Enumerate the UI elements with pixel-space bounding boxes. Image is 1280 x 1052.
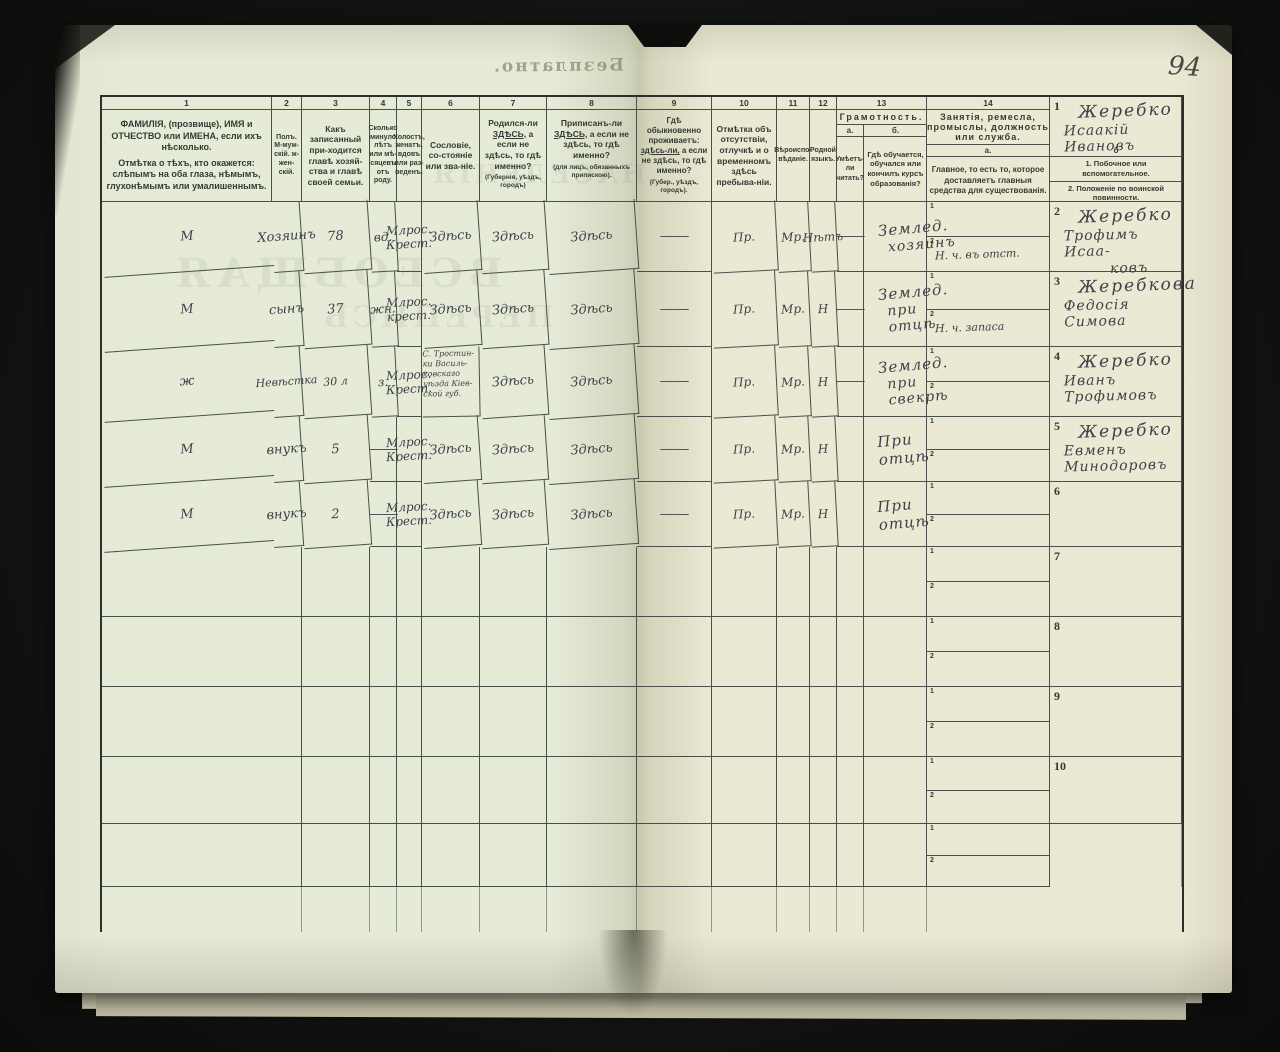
r4-occupation-1: При отцѣ <box>877 429 928 469</box>
r2-occupation-2: при отцѣ <box>887 300 928 335</box>
sub-2: 2 <box>930 516 934 523</box>
r7-cell <box>370 617 397 687</box>
header-col2: 2 Полъ. М-муж-скій. ж-жен-скій. <box>272 97 302 202</box>
r8-side-occupation: 1 2 <box>927 687 1050 757</box>
col5-number: 5 <box>397 97 421 110</box>
col8-key: ЗДѢСЬ, <box>554 129 587 139</box>
col13a-letter: а. <box>837 125 863 137</box>
census-table: 1 ФАМИЛІЯ, (прозвище), ИМЯ и ОТЧЕСТВО ил… <box>100 95 1184 932</box>
col11-number: 11 <box>777 97 809 110</box>
col4-number: 4 <box>370 97 396 110</box>
sub-1: 1 <box>930 273 934 280</box>
tail-cell <box>927 887 1050 932</box>
r1-residence: Здѣсь <box>545 199 640 275</box>
col10-label: Отмѣтка объ отсутствіи, отлучкѣ и о врем… <box>712 110 776 201</box>
r1-name: 1 Жеребко Исаакій Ивановъ <box>1050 97 1182 202</box>
col13a: а. Умѣетъ-ли читать? <box>837 125 864 201</box>
r10-cell <box>810 824 837 887</box>
col6-label: Сословіе, со-стояніе или зва-ніе. <box>422 110 479 201</box>
r8-cell <box>864 687 927 757</box>
r3-given: Федосія Симова <box>1064 296 1180 331</box>
r2-sex: М <box>100 266 275 353</box>
tail-cell <box>102 887 272 932</box>
r6-cell <box>864 547 927 617</box>
r1-education-mark: — <box>834 229 865 244</box>
r5-side-occupation: 1 2 <box>927 482 1050 547</box>
col14a: а. Главное, то есть то, которое доставля… <box>927 145 1050 205</box>
r10-cell <box>397 824 422 887</box>
header-col1: 1 ФАМИЛІЯ, (прозвище), ИМЯ и ОТЧЕСТВО ил… <box>102 97 272 202</box>
r10-name: 10 <box>1050 757 1182 824</box>
r5-residence: Здѣсь <box>545 479 639 550</box>
r4-birthplace: Здѣсь <box>420 415 482 484</box>
r3-name: 3 Жеребкова Федосія Симова <box>1050 272 1182 347</box>
r3-number: 3 <box>1054 274 1060 289</box>
r6-cell <box>370 547 397 617</box>
tail-cell <box>547 887 637 932</box>
header-col12: 12 Родной языкъ. <box>810 97 837 202</box>
tail-cell <box>272 887 302 932</box>
sub-2: 2 <box>930 238 934 245</box>
r1-birthplace: Здѣсь <box>420 200 483 274</box>
r6-cell <box>637 547 712 617</box>
sub-2: 2 <box>930 451 934 458</box>
r7-cell <box>102 617 272 687</box>
r1-given: Исаакій Ивановъ <box>1064 121 1180 156</box>
center-fold-shadow <box>598 930 668 1018</box>
sub-2: 2 <box>930 653 934 660</box>
col12-label: Родной языкъ. <box>810 110 836 201</box>
r3-birthplace: С. Тростин- ки Василь- ковскаго уѣзда Кі… <box>421 346 480 417</box>
r5-religion: Пр. <box>710 480 778 548</box>
col4-label: Сколько минуло лѣтъ или мѣ-сяцевъ отъ ро… <box>370 110 396 201</box>
r9-cell <box>810 757 837 824</box>
col9-pre: Гдѣ обыкновенно проживаетъ: <box>647 116 701 145</box>
r4-side-occupation: 1 2 <box>927 417 1050 482</box>
tail-cell <box>637 887 712 932</box>
header-col8: 8 Приписанъ-ли ЗДѢСЬ, а если не здѣсь, т… <box>547 97 637 202</box>
col7-pre: Родился-ли <box>488 118 538 128</box>
r1-education: — <box>837 202 864 272</box>
r1-side-2: Н. ч. въ отст. <box>935 246 1020 262</box>
col6-number: 6 <box>422 97 479 110</box>
r1-number: 1 <box>1054 99 1060 114</box>
r8-cell <box>397 687 422 757</box>
r10-cell <box>864 824 927 887</box>
sub-1: 1 <box>930 758 934 765</box>
r6-cell <box>397 547 422 617</box>
tail-cell <box>837 887 864 932</box>
sub-1: 1 <box>930 618 934 625</box>
header-col6: 6 Сословіе, со-стояніе или зва-ніе. <box>422 97 480 202</box>
col9-number: 9 <box>637 97 711 110</box>
r6-cell <box>272 547 302 617</box>
r5-surname: Жеребко <box>1078 419 1180 443</box>
r10-cell <box>422 824 480 887</box>
r8-cell <box>422 687 480 757</box>
r8-cell <box>480 687 547 757</box>
r2-education: — <box>837 272 864 347</box>
header-col14: 14 Занятія, ремесла, промыслы, должность… <box>927 97 1050 202</box>
r4-name: 4 Жеребко Иванъ Трофимовъ <box>1050 347 1182 417</box>
col8-label: Приписанъ-ли ЗДѢСЬ, а если не здѣсь, то … <box>547 110 636 201</box>
col1-label-line1: ФАМИЛІЯ, (прозвище), ИМЯ и ОТЧЕСТВО или … <box>105 119 268 153</box>
r4-sex: М <box>100 411 274 488</box>
col8-pre: Приписанъ-ли <box>561 118 622 128</box>
r3-absence: — <box>637 347 712 417</box>
handwritten-page-number: 94 <box>1167 51 1202 83</box>
r9-cell <box>272 757 302 824</box>
r9-cell <box>480 757 547 824</box>
r2-birthplace: Здѣсь <box>419 270 482 349</box>
tail-cell <box>1050 824 1182 887</box>
r3-side-occupation: 1 2 <box>927 347 1050 417</box>
tail-cell <box>864 887 927 932</box>
r9-cell <box>370 757 397 824</box>
col1-label-line2: Отмѣтка о тѣхъ, кто окажется: слѣпымъ на… <box>105 158 268 192</box>
r7-side-occupation: 1 2 <box>927 617 1050 687</box>
r1-surname: Жеребко <box>1078 99 1180 123</box>
r2-language: Мр. <box>775 271 812 348</box>
r4-given: Иванъ Трофимовъ <box>1064 371 1180 406</box>
r5-number: 5 <box>1054 419 1060 434</box>
col13-subcolumns: а. Умѣетъ-ли читать? б. Гдѣ обучается, о… <box>837 125 926 201</box>
r1-religion: Пр. <box>710 200 779 273</box>
r10-cell <box>480 824 547 887</box>
r4-residence: Здѣсь <box>545 414 639 485</box>
r3-surname: Жеребкова <box>1078 274 1180 298</box>
col3-number: 3 <box>302 97 369 110</box>
r7-cell <box>712 617 777 687</box>
r8-cell <box>637 687 712 757</box>
col7-key: ЗДѢСЬ, <box>493 129 526 139</box>
r9-side-occupation: 1 2 <box>927 757 1050 824</box>
r2-name: 2 Жеребко Трофимъ Исаа- ковъ <box>1050 202 1182 272</box>
r6-name: 6 <box>1050 482 1182 547</box>
tail-cell <box>422 887 480 932</box>
r2-surname: Жеребко <box>1078 204 1180 228</box>
r2-absence-mark: — <box>658 302 689 317</box>
col8-number: 8 <box>547 97 636 110</box>
r8-cell <box>370 687 397 757</box>
r6-number: 6 <box>1054 484 1060 499</box>
sub-1: 1 <box>930 203 934 210</box>
r7-cell <box>637 617 712 687</box>
r7-name: 7 <box>1050 547 1182 617</box>
r5-given: Евменъ Минодоровъ <box>1064 441 1180 476</box>
col9-label: Гдѣ обыкновенно проживаетъ: здѣсь-ли, а … <box>637 110 711 201</box>
r9-number: 9 <box>1054 689 1060 704</box>
sub-1: 1 <box>930 548 934 555</box>
r2-number: 2 <box>1054 204 1060 219</box>
r4-surname: Жеребко <box>1078 349 1180 373</box>
r7-cell <box>302 617 370 687</box>
col7-number: 7 <box>480 97 546 110</box>
r6-cell <box>810 547 837 617</box>
sub-2: 2 <box>930 383 934 390</box>
r5-absence: — <box>637 482 712 547</box>
r1-registered: Здѣсь <box>478 200 550 275</box>
r10-cell <box>547 824 637 887</box>
col11-label: Вѣроиспо-вѣданіе. <box>777 110 809 201</box>
r7-cell <box>480 617 547 687</box>
r7-cell <box>777 617 810 687</box>
r5-language: Мр. <box>775 481 811 548</box>
sub-1: 1 <box>930 418 934 425</box>
header-col11: 11 Вѣроиспо-вѣданіе. <box>777 97 810 202</box>
r10-cell <box>637 824 712 887</box>
r3-education-mark: — <box>834 374 865 389</box>
r10-cell <box>272 824 302 887</box>
r8-cell <box>102 687 272 757</box>
sub-2: 2 <box>930 311 934 318</box>
r6-side-occupation: 1 2 <box>927 547 1050 617</box>
r4-age: 5 <box>300 415 372 485</box>
header-col13: 13 Грамотность. а. Умѣетъ-ли читать? б. … <box>837 97 927 202</box>
r8-cell <box>712 687 777 757</box>
r9-cell <box>422 757 480 824</box>
r1-estate: Млрос. Крест. <box>397 202 422 272</box>
r1-absence: — <box>637 202 712 272</box>
r8-number: 8 <box>1054 619 1060 634</box>
r2-education-mark: — <box>834 302 865 317</box>
tail-cell <box>370 887 397 932</box>
col14-number: 14 <box>927 97 1049 110</box>
r4-estate: Млрос. Крест. <box>397 417 422 482</box>
r9-cell <box>397 757 422 824</box>
r9-cell <box>102 757 272 824</box>
r6-cell <box>547 547 637 617</box>
col3-label: Какъ записанный при-ходится главѣ хозяй-… <box>302 110 369 201</box>
r2-side-2: Н. ч. запаса <box>935 320 1005 335</box>
col1-label: ФАМИЛІЯ, (прозвище), ИМЯ и ОТЧЕСТВО или … <box>102 110 271 201</box>
r4-number: 4 <box>1054 349 1060 364</box>
r8-cell <box>272 687 302 757</box>
r1-sex: М <box>100 196 274 278</box>
col14a-letter: а. <box>927 145 1049 157</box>
r2-side-occupation: 1 2Н. ч. запаса <box>927 272 1050 347</box>
r1-side-occupation: 1 2Н. ч. въ отст. <box>927 202 1050 272</box>
sub-2: 2 <box>930 583 934 590</box>
r5-absence-mark: — <box>658 507 689 522</box>
r3-registered: Здѣсь <box>478 345 550 420</box>
r9-cell <box>837 757 864 824</box>
r2-registered: Здѣсь <box>477 270 549 349</box>
header-col9: 9 Гдѣ обыкновенно проживаетъ: здѣсь-ли, … <box>637 97 712 202</box>
tail-cell <box>810 887 837 932</box>
r8-cell <box>302 687 370 757</box>
r4-education <box>837 417 864 482</box>
r4-absence-mark: — <box>658 442 689 457</box>
r3-education: — <box>837 347 864 417</box>
r9-cell <box>777 757 810 824</box>
r6-cell <box>102 547 272 617</box>
r7-cell <box>547 617 637 687</box>
r3-absence-mark: — <box>658 374 689 389</box>
r7-cell <box>422 617 480 687</box>
col8-note: (для лицъ, обязанныхъ припискою). <box>550 164 633 180</box>
r6-cell <box>302 547 370 617</box>
r10-side-occupation: 1 2 <box>927 824 1050 887</box>
r4-occupation: При отцѣ <box>864 417 927 482</box>
r7-cell <box>837 617 864 687</box>
r2-residence: Здѣсь <box>544 269 639 350</box>
r5-occupation: При отцѣ <box>864 482 927 547</box>
col10-number: 10 <box>712 97 776 110</box>
tail-cell <box>302 887 370 932</box>
r4-language: Мр. <box>775 416 811 483</box>
r7-cell <box>272 617 302 687</box>
r1-occupation: Землед. хозяинъ <box>864 202 927 272</box>
r1-age: 78 <box>300 200 373 275</box>
col9-note: (Губер., уѣздъ, городъ). <box>640 179 708 195</box>
r3-estate: Млрос. Крест. <box>397 347 422 417</box>
sub-1: 1 <box>930 825 934 832</box>
r3-age: 30 л <box>300 345 373 420</box>
col13b-letter: б. <box>864 125 927 137</box>
r2-occupation: Землед. при отцѣ <box>864 272 927 347</box>
r5-age: 2 <box>300 480 372 550</box>
col12-number: 12 <box>810 97 836 110</box>
r9-cell <box>864 757 927 824</box>
tail-cell <box>777 887 810 932</box>
col9-key: здѣсь-ли, <box>641 146 680 155</box>
r10-cell <box>837 824 864 887</box>
col2-number: 2 <box>272 97 301 110</box>
r5-education <box>837 482 864 547</box>
r8-cell <box>810 687 837 757</box>
col13b: б. Гдѣ обучается, обучался или кончилъ к… <box>864 125 927 201</box>
census-ledger-photo: 94 Безплатно. ВСЕОБЩАЯ ПЕРЕПИСЬ НАСЕЛЕНІ… <box>0 0 1280 1052</box>
r4-registered: Здѣсь <box>478 415 549 485</box>
r6-cell <box>422 547 480 617</box>
col1-number: 1 <box>102 97 271 110</box>
r3-religion: Пр. <box>710 345 779 418</box>
sub-1: 1 <box>930 483 934 490</box>
r5-literacy: Н <box>808 481 838 547</box>
header-col7: 7 Родился-ли ЗДѢСЬ, а если не здѣсь, то … <box>480 97 547 202</box>
r10-cell <box>370 824 397 887</box>
r9-cell <box>712 757 777 824</box>
col13a-label: Умѣетъ-ли читать? <box>837 137 863 201</box>
r9-name: 9 <box>1050 687 1182 757</box>
r10-number: 10 <box>1054 759 1066 774</box>
r2-given: Трофимъ Исаа- <box>1064 226 1180 261</box>
header-col3: 3 Какъ записанный при-ходится главѣ хозя… <box>302 97 370 202</box>
r6-cell <box>777 547 810 617</box>
col13b-label: Гдѣ обучается, обучался или кончилъ курс… <box>864 137 927 201</box>
bezplatno-stamp-mirrored: Безплатно. <box>492 55 624 76</box>
header-col5: 5 Холостъ, женатъ, вдовъ или раз-веденъ. <box>397 97 422 202</box>
r4-absence: — <box>637 417 712 482</box>
r8-cell <box>837 687 864 757</box>
r6-cell <box>480 547 547 617</box>
r5-estate: Млрос. Крест. <box>397 482 422 547</box>
col14-title: Занятія, ремесла, промыслы, должность ил… <box>927 110 1049 145</box>
col7-label: Родился-ли ЗДѢСЬ, а если не здѣсь, то гд… <box>480 110 546 201</box>
r8-name: 8 <box>1050 617 1182 687</box>
tail-cell <box>397 887 422 932</box>
sub-2: 2 <box>930 723 934 730</box>
sub-1: 1 <box>930 348 934 355</box>
r7-number: 7 <box>1054 549 1060 564</box>
col7-note: (Губернія, уѣздъ, городъ) <box>483 174 543 190</box>
r1-occupation-2: хозяинъ <box>887 236 926 255</box>
r6-cell <box>712 547 777 617</box>
r8-cell <box>777 687 810 757</box>
r5-name: 5 Жеребко Евменъ Минодоровъ <box>1050 417 1182 482</box>
sub-1: 1 <box>930 688 934 695</box>
r10-cell <box>302 824 370 887</box>
r3-occupation-2: при свекрѣ <box>887 373 928 408</box>
r5-birthplace: Здѣсь <box>420 480 482 549</box>
r7-cell <box>864 617 927 687</box>
r2-religion: Пр. <box>710 270 779 348</box>
r10-cell <box>102 824 272 887</box>
header-col10: 10 Отмѣтка объ отсутствіи, отлучкѣ и о в… <box>712 97 777 202</box>
col14a-label: Главное, то есть то, которое доставляетъ… <box>927 157 1049 205</box>
col13-number: 13 <box>837 97 926 110</box>
r6-cell <box>837 547 864 617</box>
tail-cell <box>712 887 777 932</box>
col2-label: Полъ. М-муж-скій. ж-жен-скій. <box>272 110 301 201</box>
r2-age: 37 <box>299 270 372 350</box>
col14-subcolumns: а. Главное, то есть то, которое доставля… <box>927 145 1049 205</box>
page-corner-shadow <box>40 25 80 215</box>
r5-registered: Здѣсь <box>478 480 549 550</box>
r9-cell <box>637 757 712 824</box>
r5-relation: внукъ <box>270 481 304 548</box>
r8-cell <box>547 687 637 757</box>
r7-cell <box>810 617 837 687</box>
tail-cell <box>480 887 547 932</box>
r3-language: Мр. <box>775 346 812 418</box>
r2-absence: — <box>637 272 712 347</box>
r1-absence-mark: — <box>658 229 689 244</box>
r9-cell <box>547 757 637 824</box>
r2-estate: Млрос. крест. <box>397 272 422 347</box>
r7-cell <box>397 617 422 687</box>
r10-cell <box>777 824 810 887</box>
r4-relation: внукъ <box>270 416 304 483</box>
r3-residence: Здѣсь <box>545 344 640 420</box>
r3-sex: ж <box>100 341 274 423</box>
r4-religion: Пр. <box>710 415 778 483</box>
r5-sex: М <box>100 476 274 553</box>
col5-label: Холостъ, женатъ, вдовъ или раз-веденъ. <box>397 110 421 201</box>
sub-2: 2 <box>930 792 934 799</box>
r10-cell <box>712 824 777 887</box>
r9-cell <box>302 757 370 824</box>
r3-occupation: Землед. при свекрѣ <box>864 347 927 417</box>
r5-occupation-1: При отцѣ <box>877 494 928 534</box>
r4-literacy: Н <box>808 416 838 482</box>
sub-2: 2 <box>930 857 934 864</box>
col13-title: Грамотность. <box>837 110 926 125</box>
